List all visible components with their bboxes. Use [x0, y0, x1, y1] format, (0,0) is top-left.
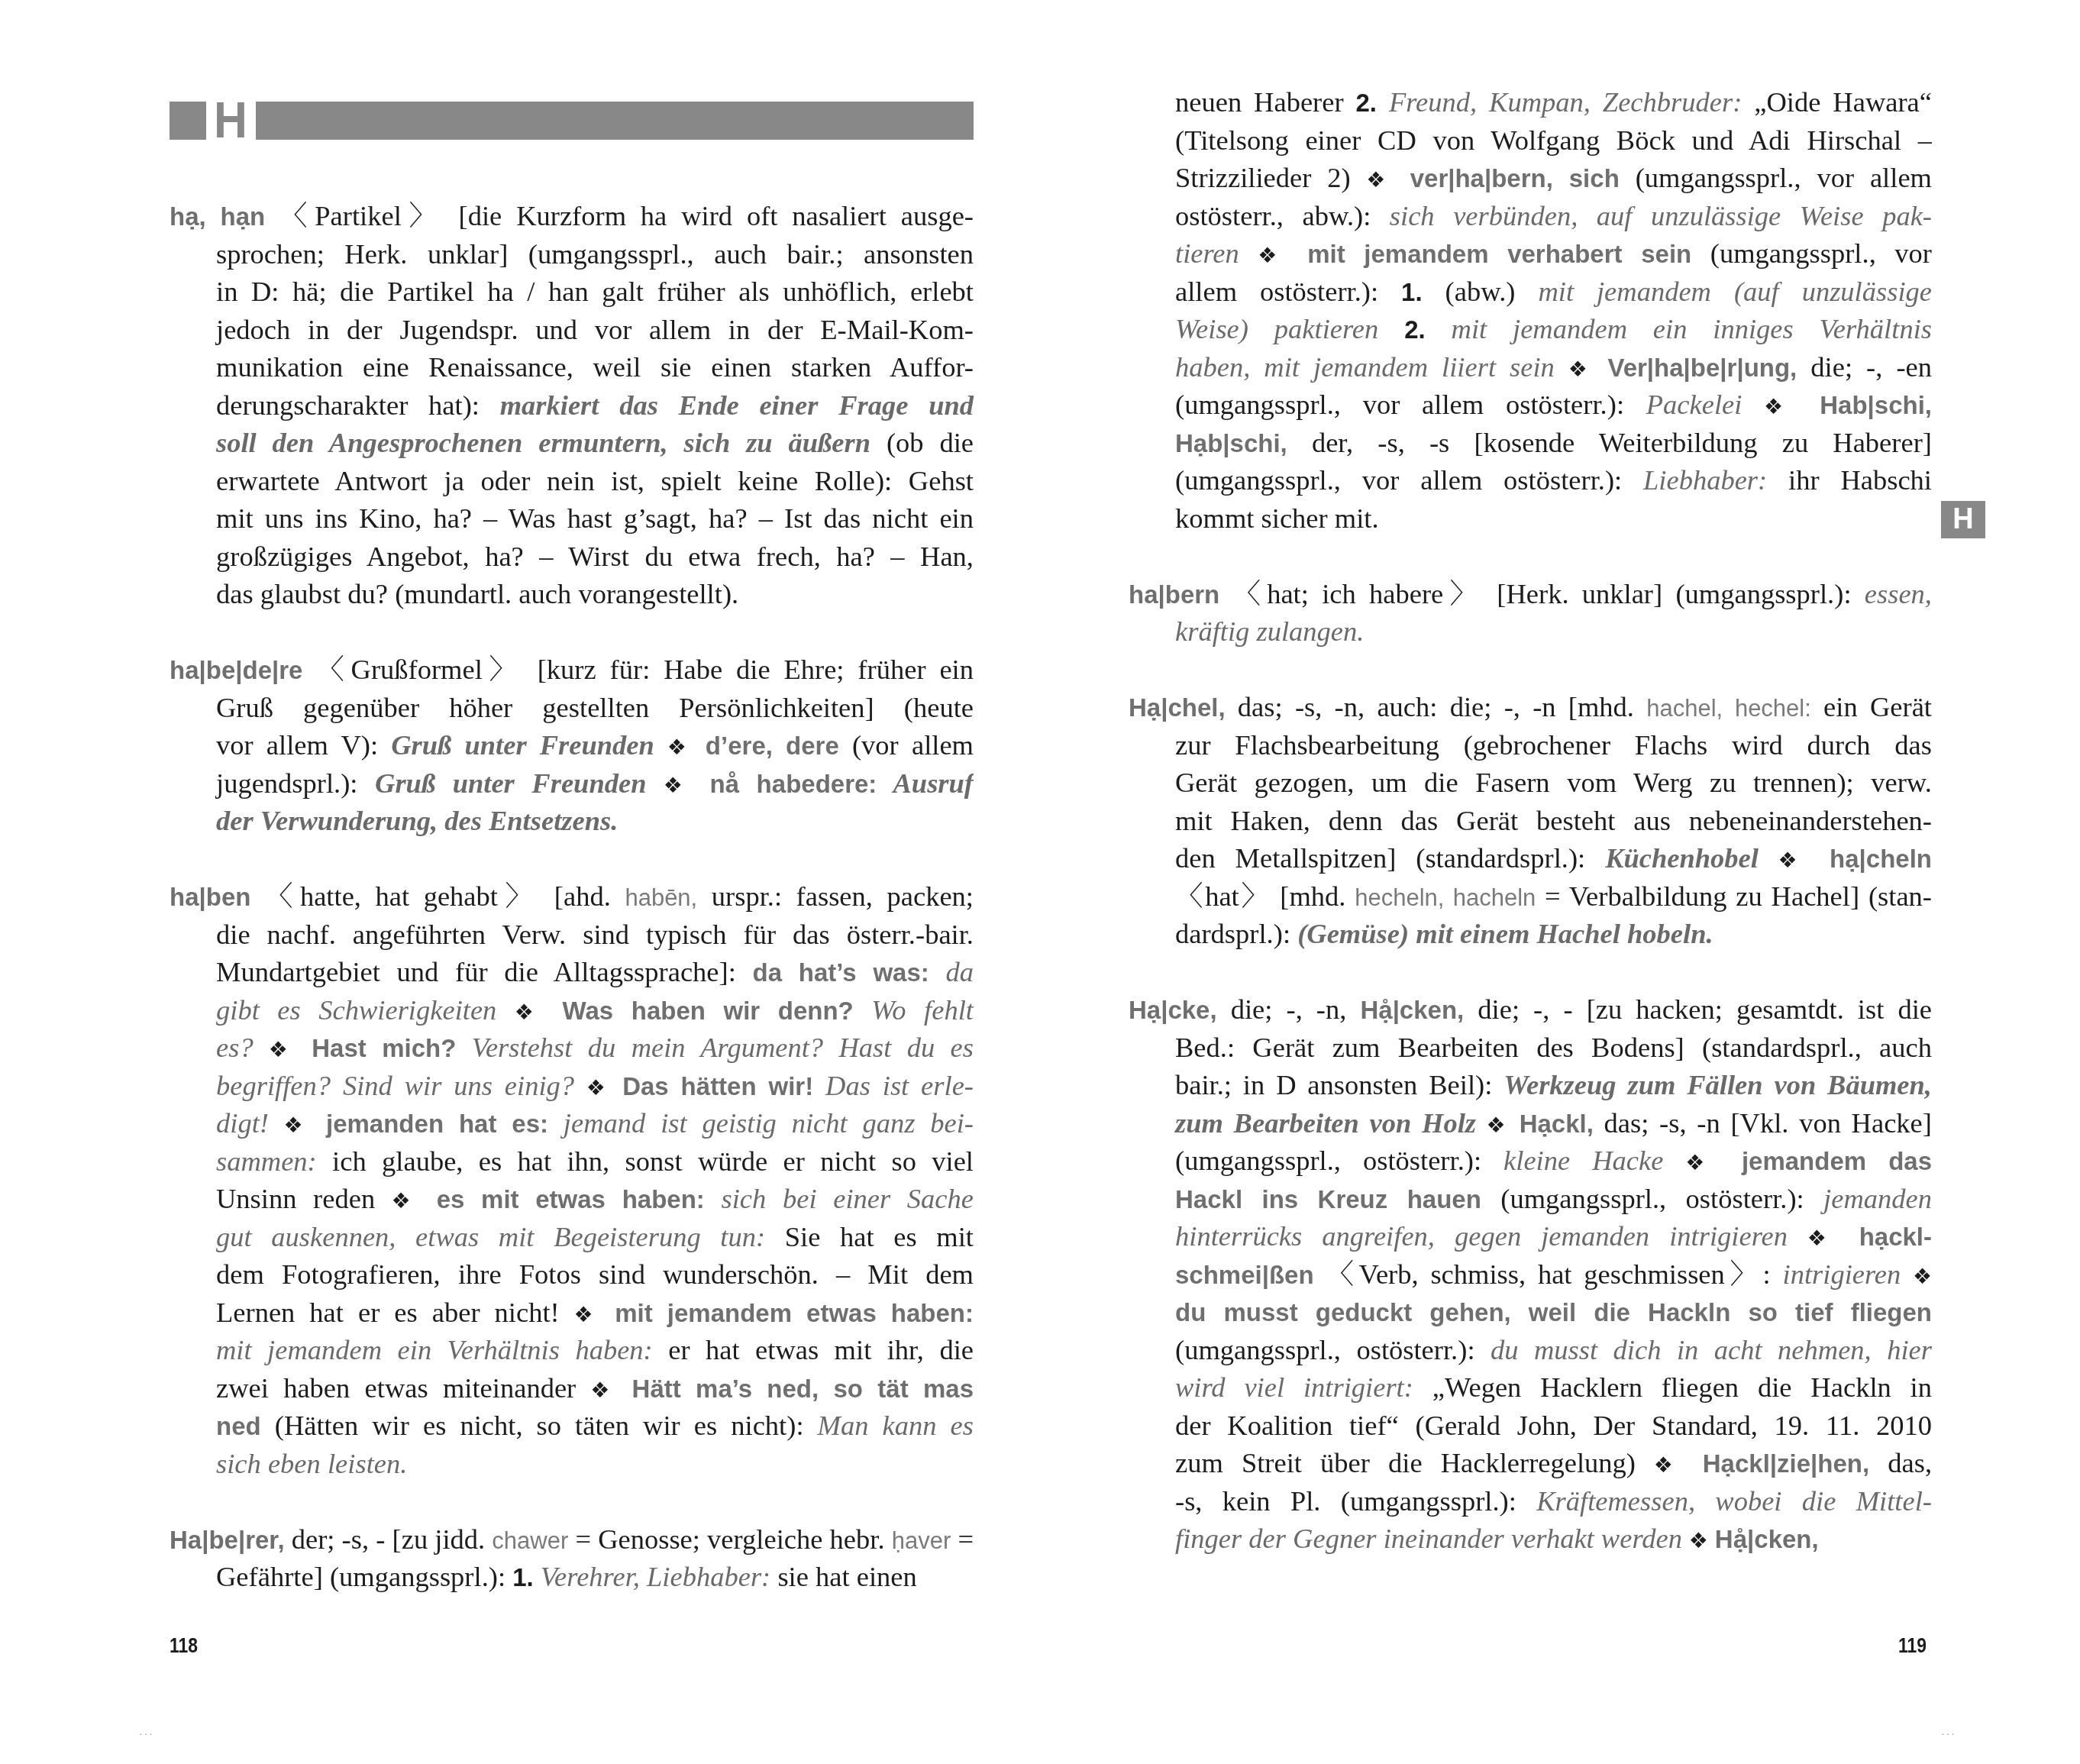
- headword: jemandem das: [1742, 1147, 1932, 1175]
- entry-line: mit uns ins Kino, ha? – Was hast g’sagt,…: [170, 499, 974, 538]
- definition-text: sich eben leisten.: [216, 1448, 407, 1479]
- entry-line: ha|ben 〈hatte, hat gehabt〉 [ahd. habēn, …: [170, 877, 974, 916]
- diamond-separator-icon: ❖: [1901, 1264, 1932, 1289]
- body-text: Gruß gegenüber höher gestellten Persönli…: [216, 692, 974, 723]
- sense-number: 1.: [1401, 278, 1423, 306]
- headword: ned: [216, 1412, 261, 1440]
- diamond-separator-icon: ❖: [1239, 243, 1307, 268]
- body-text: in D: hä; die Partikel ha / han galt frü…: [216, 276, 974, 307]
- definition-text: da: [929, 956, 974, 987]
- body-text: Lernen hat er es aber nicht!: [216, 1297, 560, 1328]
- body-text: (umgangssprl., vor: [1691, 237, 1932, 269]
- headword: Ha|be|rer,: [170, 1526, 285, 1554]
- entry-line: kräftig zulangen.: [1129, 612, 1932, 651]
- body-text: zwei haben etwas miteinander: [216, 1372, 576, 1404]
- entry-line: dardsprl.): (Gemüse) mit einem Hachel ho…: [1129, 915, 1932, 953]
- entry-line: den Metallspitzen] (standardsprl.): Küch…: [1129, 839, 1932, 877]
- headword: Hạb|schi,: [1175, 429, 1287, 457]
- entry-line: sprochen; Herk. unklar] (umgangssprl., a…: [170, 235, 974, 273]
- headword: ha|ben: [170, 883, 250, 911]
- entry-line: bair.; in D ansonsten Beil): Werkzeug zu…: [1129, 1066, 1932, 1104]
- dictionary-entry: ha|be|de|re 〈Grußformel〉 [kurz für: Habe…: [170, 651, 974, 840]
- entry-line: Mundartgebiet und für die Alltagssprache…: [170, 953, 974, 991]
- body-text: (Hätten wir es nicht, so täten wir es ni…: [261, 1410, 818, 1441]
- sense-number: 1.: [512, 1563, 534, 1591]
- body-text: dardsprl.):: [1175, 918, 1297, 949]
- body-text: = Genosse; vergleiche hebr.: [568, 1523, 891, 1555]
- headword: mit jemandem verhabert sein: [1307, 240, 1691, 268]
- dictionary-entry: Hạ|cke, die; -, -n, Hạ̊|cken, die; -, - …: [1129, 990, 1932, 1558]
- entry-line: (Titelsong einer CD von Wolfgang Böck un…: [1129, 121, 1932, 160]
- body-text: urspr.: fassen, packen;: [697, 880, 974, 912]
- entry-line: Hackl ins Kreuz hauen (umgangssprl., ost…: [1129, 1180, 1932, 1218]
- entry-line: wird viel intrigiert: „Wegen Hacklern fl…: [1129, 1368, 1932, 1407]
- entry-line: Ha|be|rer, der; -s, - [zu jidd. chawer =…: [170, 1520, 974, 1559]
- body-text: -s, kein Pl. (umgangssprl.):: [1175, 1485, 1536, 1517]
- entry-line: derungscharakter hat): markiert das Ende…: [170, 386, 974, 425]
- entry-line: munikation eine Renaissance, weil sie ei…: [170, 348, 974, 386]
- definition-text: digt!: [216, 1107, 269, 1139]
- headword: hạ, hạn: [170, 202, 265, 231]
- body-text: der; -s, - [zu jidd.: [285, 1523, 493, 1555]
- entry-line: vor allem V): Gruß unter Freunden ❖ d’er…: [170, 726, 974, 764]
- body-text: ostösterr., abw.):: [1175, 200, 1390, 231]
- entry-line: schmei|ßen 〈Verb, schmiss, hat geschmiss…: [1129, 1255, 1932, 1294]
- definition-text: Küchenhobel: [1605, 842, 1759, 874]
- definition-text: essen,: [1865, 578, 1932, 609]
- entry-line: allem ostösterr.): 1. (abw.) mit jemande…: [1129, 273, 1932, 311]
- definition-text: intrigieren: [1783, 1258, 1901, 1290]
- body-text: ein Gerät: [1811, 691, 1932, 722]
- diamond-separator-icon: ❖: [560, 1302, 615, 1327]
- headword: Hätt ma’s ned, so tät mas: [632, 1375, 974, 1403]
- entry-line: (umgangssprl., ostösterr.): kleine Hacke…: [1129, 1142, 1932, 1180]
- etymon: ḥaver: [892, 1527, 951, 1554]
- body-text: 〈Partikel〉 [die Kurzform ha wird oft nas…: [265, 200, 974, 231]
- etymon: hecheln, hacheln: [1355, 884, 1536, 911]
- definition-text: kräftig zulangen.: [1175, 615, 1364, 647]
- entry-line: digt! ❖ jemanden hat es: jemand ist geis…: [170, 1104, 974, 1142]
- headword: d’ere, dere: [706, 732, 839, 760]
- dictionary-entry: ha|ben 〈hatte, hat gehabt〉 [ahd. habēn, …: [170, 877, 974, 1482]
- diamond-separator-icon: ❖: [646, 773, 709, 798]
- body-text: der Koalition tief“ (Gerald John, Der St…: [1175, 1410, 1932, 1441]
- definition-text: Liebhaber:: [1643, 464, 1767, 496]
- entry-line: ha|be|de|re 〈Grußformel〉 [kurz für: Habe…: [170, 651, 974, 689]
- body-text: das glaubst du? (mundartl. auch voranges…: [216, 578, 738, 609]
- headword: Hạ̊|cken,: [1360, 996, 1464, 1024]
- right-column-entries: neuen Haberer 2. Freund, Kumpan, Zechbru…: [1129, 83, 1932, 1558]
- definition-text: markiert das Ende einer Frage und: [500, 389, 974, 421]
- definition-text: tieren: [1175, 237, 1239, 269]
- definition-text: hinterrücks angreifen, gegen jemanden in…: [1175, 1220, 1788, 1252]
- definition-text: gut auskennen, etwas mit Begeisterung tu…: [216, 1221, 765, 1252]
- dictionary-entry: ha|bern 〈hat; ich habere〉 [Herk. unklar]…: [1129, 575, 1932, 651]
- entry-line: Gruß gegenüber höher gestellten Persönli…: [170, 689, 974, 727]
- body-text: vor allem V):: [216, 729, 391, 761]
- dictionary-entry: Hạ|chel, das; -s, -n, auch: die; -, -n […: [1129, 688, 1932, 953]
- entry-line: jugendsprl.): Gruß unter Freunden ❖ nå h…: [170, 764, 974, 803]
- entry-line: (umgangssprl., vor allem ostösterr.): Pa…: [1129, 386, 1932, 424]
- headword: Hab|schi,: [1820, 391, 1932, 419]
- entry-line: zwei haben etwas miteinander ❖ Hätt ma’s…: [170, 1369, 974, 1407]
- diamond-separator-icon: ❖: [1663, 1150, 1742, 1175]
- entry-line: hinterrücks angreifen, gegen jemanden in…: [1129, 1217, 1932, 1255]
- definition-text: Das ist erle-: [813, 1070, 974, 1101]
- definition-text: kleine Hacke: [1503, 1145, 1663, 1176]
- headword: Ver|ha|be|r|ung,: [1607, 354, 1797, 382]
- diamond-separator-icon: ❖: [375, 1188, 436, 1213]
- body-text: zur Flachsbearbeitung (gebrochener Flach…: [1175, 729, 1932, 761]
- entry-line: die nachf. angeführten Verw. sind typisc…: [170, 916, 974, 954]
- body-text: der, -s, -s [kosende Weiterbildung zu Ha…: [1287, 427, 1932, 458]
- definition-text: soll den Angesprochenen ermuntern, sich …: [216, 427, 870, 458]
- entry-line: hạ, hạn 〈Partikel〉 [die Kurzform ha wird…: [170, 197, 974, 235]
- entry-line: zur Flachsbearbeitung (gebrochener Flach…: [1129, 726, 1932, 764]
- entry-line: das glaubst du? (mundartl. auch voranges…: [170, 575, 974, 613]
- body-text: (umgangssprl., vor allem ostösterr.):: [1175, 389, 1646, 420]
- body-text: (vor allem: [839, 729, 974, 761]
- diamond-separator-icon: ❖: [576, 1378, 631, 1403]
- body-text: 〈hat; ich habere〉 [Herk. unklar] (umgang…: [1219, 578, 1865, 609]
- body-text: ich glaube, es hat ihn, sonst würde er n…: [317, 1145, 974, 1177]
- definition-text: es?: [216, 1032, 254, 1063]
- etymon: habēn,: [625, 884, 697, 911]
- entry-line: Hạ|cke, die; -, -n, Hạ̊|cken, die; -, - …: [1129, 990, 1932, 1029]
- entry-line: Hạb|schi, der, -s, -s [kosende Weiterbil…: [1129, 424, 1932, 462]
- body-text: das,: [1869, 1447, 1932, 1478]
- body-text: mit Haken, denn das Gerät besteht aus ne…: [1175, 805, 1932, 836]
- entry-line: 〈hat〉 [mhd. hecheln, hacheln = Verbalbil…: [1129, 877, 1932, 916]
- body-text: „Wegen Hacklern fliegen die Hackln in: [1413, 1371, 1932, 1403]
- entry-line: zum Bearbeiten von Holz ❖ Hạckl, das; -s…: [1129, 1104, 1932, 1142]
- definition-text: wird viel intrigiert:: [1175, 1371, 1413, 1403]
- body-text: (umgangssprl., vor allem: [1620, 162, 1932, 193]
- body-text: jedoch in der Jugendspr. und vor allem i…: [216, 314, 974, 345]
- definition-text: mit jemandem (auf unzulässige: [1538, 276, 1932, 307]
- body-text: die; -, -en: [1797, 351, 1932, 383]
- headword: Hạckl|zie|hen,: [1703, 1449, 1869, 1478]
- definition-text: Ausruf: [877, 767, 974, 799]
- diamond-separator-icon: ❖: [254, 1037, 312, 1062]
- diamond-separator-icon: ❖: [654, 735, 706, 760]
- body-text: Gerät gezogen, um die Fasern vom Werg zu…: [1175, 767, 1932, 798]
- entry-line: es? ❖ Hast mich? Verstehst du mein Argum…: [170, 1029, 974, 1067]
- headword: Hạ̊|cken,: [1715, 1525, 1819, 1553]
- body-text: das; -s, -n [Vkl. von Hacke]: [1594, 1107, 1932, 1139]
- body-text: (Titelsong einer CD von Wolfgang Böck un…: [1175, 124, 1932, 156]
- definition-text: Werkzeug zum Fällen von Bäumen,: [1503, 1069, 1932, 1100]
- body-text: „Oide Hawara“: [1742, 86, 1932, 118]
- definition-text: haben, mit jemandem liiert sein: [1175, 351, 1555, 383]
- diamond-separator-icon: ❖: [1351, 167, 1410, 192]
- sense-number: 2.: [1404, 315, 1426, 344]
- thumb-index-tab[interactable]: H: [1941, 501, 1985, 538]
- entry-line: Gerät gezogen, um die Fasern vom Werg zu…: [1129, 764, 1932, 802]
- entry-line: der Koalition tief“ (Gerald John, Der St…: [1129, 1407, 1932, 1445]
- body-text: Bed.: Gerät zum Bearbeiten des Bodens] (…: [1175, 1032, 1932, 1063]
- body-text: die; -, - [zu hacken; gesamtdt. ist die: [1464, 993, 1932, 1025]
- headword: Hast mich?: [312, 1034, 456, 1062]
- body-text: Strizzilieder 2): [1175, 162, 1351, 193]
- body-text: zum Streit über die Hacklerregelung): [1175, 1447, 1636, 1478]
- headword: hạ|cheln: [1830, 845, 1932, 873]
- diamond-separator-icon: ❖: [496, 1000, 562, 1025]
- definition-text: Weise) paktieren: [1175, 313, 1404, 344]
- body-text: 〈hat〉 [mhd.: [1175, 880, 1355, 912]
- crop-mark-right: ···: [1941, 1727, 1956, 1740]
- headword: Hạ|cke,: [1129, 996, 1217, 1024]
- entry-line: gibt es Schwierigkeiten ❖ Was haben wir …: [170, 991, 974, 1029]
- entry-line: begriffen? Sind wir uns einig? ❖ Das hät…: [170, 1067, 974, 1105]
- entry-line: finger der Gegner ineinander verhakt wer…: [1129, 1520, 1932, 1558]
- headword: mit jemandem etwas haben:: [615, 1299, 974, 1327]
- body-text: Sie hat es mit: [765, 1221, 974, 1252]
- definition-text: (Gemüse) mit einem Hachel hobeln.: [1297, 918, 1713, 949]
- body-text: den Metallspitzen] (standardsprl.):: [1175, 842, 1605, 874]
- definition-text: mit jemandem ein inniges Verhältnis: [1426, 313, 1932, 344]
- headword: Hạckl,: [1520, 1110, 1594, 1138]
- body-text: = Verbalbildung zu Hachel] (stan-: [1536, 880, 1932, 912]
- body-text: allem ostösterr.):: [1175, 276, 1401, 307]
- headword: schmei|ßen: [1175, 1261, 1314, 1289]
- definition-text: gibt es Schwierigkeiten: [216, 994, 496, 1026]
- headword: Hackl ins Kreuz hauen: [1175, 1185, 1481, 1213]
- body-text: ihr Habschi: [1767, 464, 1932, 496]
- definition-text: sich verbünden, auf unzulässige Weise pa…: [1390, 200, 1932, 231]
- body-text: erwartete Antwort ja oder nein ist, spie…: [216, 465, 974, 496]
- body-text: (umgangssprl., ostösterr.):: [1481, 1183, 1823, 1214]
- definition-text: Gruß unter Freunden: [391, 729, 654, 761]
- headword: ha|bern: [1129, 580, 1219, 609]
- body-text: die; -, -n,: [1217, 993, 1361, 1025]
- headword: ha|be|de|re: [170, 656, 302, 684]
- etymon: chawer: [492, 1527, 568, 1554]
- body-text: (ob die: [870, 427, 974, 458]
- entry-line: neuen Haberer 2. Freund, Kumpan, Zechbru…: [1129, 83, 1932, 121]
- diamond-separator-icon: ❖: [574, 1075, 622, 1100]
- entry-line: in D: hä; die Partikel ha / han galt frü…: [170, 273, 974, 311]
- body-text: Unsinn reden: [216, 1183, 375, 1214]
- entry-spacer: [170, 613, 974, 651]
- body-text: derungscharakter hat):: [216, 389, 500, 421]
- body-text: kommt sicher mit.: [1175, 502, 1379, 534]
- body-text: Gefährte] (umgangssprl.):: [216, 1561, 512, 1592]
- entry-line: Lernen hat er es aber nicht! ❖ mit jeman…: [170, 1294, 974, 1332]
- page-number-right: 119: [1898, 1634, 1927, 1658]
- definition-text: Freund, Kumpan, Zechbruder:: [1377, 86, 1742, 118]
- entry-line: dem Fotografieren, ihre Fotos sind wunde…: [170, 1255, 974, 1294]
- dictionary-entry: hạ, hạn 〈Partikel〉 [die Kurzform ha wird…: [170, 197, 974, 613]
- dictionary-entry: Ha|be|rer, der; -s, - [zu jidd. chawer =…: [170, 1520, 974, 1596]
- entry-line: Hạ|chel, das; -s, -n, auch: die; -, -n […: [1129, 688, 1932, 726]
- diamond-separator-icon: ❖: [1742, 394, 1820, 419]
- diamond-separator-icon: ❖: [1682, 1528, 1715, 1553]
- entry-line: Unsinn reden ❖ es mit etwas haben: sich …: [170, 1180, 974, 1218]
- headword: da hat’s was:: [753, 958, 929, 987]
- definition-text: Packelei: [1646, 389, 1742, 420]
- entry-spacer: [170, 840, 974, 878]
- definition-text: Verstehst du mein Argument? Hast du es: [456, 1032, 974, 1063]
- body-text: (umgangssprl., ostösterr.):: [1175, 1145, 1503, 1176]
- body-text: jugendsprl.):: [216, 767, 375, 799]
- diamond-separator-icon: ❖: [1636, 1452, 1703, 1478]
- body-text: mit uns ins Kino, ha? – Was hast g’sagt,…: [216, 502, 974, 534]
- definition-text: finger der Gegner ineinander verhakt wer…: [1175, 1523, 1682, 1554]
- entry-line: sammen: ich glaube, es hat ihn, sonst wü…: [170, 1142, 974, 1181]
- entry-line: Weise) paktieren 2. mit jemandem ein inn…: [1129, 310, 1932, 348]
- body-text: Mundartgebiet und für die Alltagssprache…: [216, 956, 753, 987]
- headword: Das hätten wir!: [622, 1072, 813, 1100]
- headword: nå habedere:: [710, 770, 877, 798]
- headword: es mit etwas haben:: [437, 1185, 705, 1213]
- etymon: hachel, hechel:: [1646, 695, 1811, 722]
- diamond-separator-icon: ❖: [1555, 357, 1608, 382]
- body-text: 〈hatte, hat gehabt〉 [ahd.: [250, 880, 625, 912]
- headword: Was haben wir denn?: [563, 997, 854, 1025]
- body-text: (umgangssprl., vor allem ostösterr.):: [1175, 464, 1643, 496]
- entry-spacer: [1129, 953, 1932, 991]
- definition-text: Verehrer, Liebhaber:: [534, 1561, 771, 1592]
- diamond-separator-icon: ❖: [1476, 1113, 1520, 1138]
- definition-text: Man kann es: [818, 1410, 974, 1441]
- entry-spacer: [170, 1482, 974, 1520]
- definition-text: begriffen? Sind wir uns einig?: [216, 1070, 574, 1101]
- entry-line: (umgangssprl., ostösterr.): du musst dic…: [1129, 1331, 1932, 1369]
- page-right: neuen Haberer 2. Freund, Kumpan, Zechbru…: [1129, 0, 1932, 1764]
- headword: hạckl-: [1859, 1223, 1932, 1251]
- body-text: (abw.): [1423, 276, 1539, 307]
- crop-mark-left: ···: [139, 1727, 154, 1740]
- definition-text: mit jemandem ein Verhältnis haben:: [216, 1334, 653, 1365]
- entry-line: -s, kein Pl. (umgangssprl.): Kräftemesse…: [1129, 1482, 1932, 1520]
- definition-text: sammen:: [216, 1145, 317, 1177]
- body-text: 〈Verb, schmiss, hat geschmissen〉:: [1314, 1258, 1783, 1290]
- entry-line: tieren ❖ mit jemandem verhabert sein (um…: [1129, 234, 1932, 273]
- page-left: hạ, hạn 〈Partikel〉 [die Kurzform ha wird…: [170, 0, 974, 1764]
- definition-text: sich bei einer Sache: [705, 1183, 974, 1214]
- dictionary-entry: neuen Haberer 2. Freund, Kumpan, Zechbru…: [1129, 83, 1932, 537]
- definition-text: jemand ist geistig nicht ganz bei-: [548, 1107, 974, 1139]
- entry-line: zum Streit über die Hacklerregelung) ❖ H…: [1129, 1444, 1932, 1482]
- body-text: munikation eine Renaissance, weil sie ei…: [216, 351, 974, 383]
- entry-line: soll den Angesprochenen ermuntern, sich …: [170, 424, 974, 462]
- entry-line: du musst geduckt gehen, weil die Hackln …: [1129, 1293, 1932, 1331]
- body-text: neuen Haberer: [1175, 86, 1356, 118]
- headword: du musst geduckt gehen, weil die Hackln …: [1175, 1298, 1932, 1326]
- body-text: das; -s, -n, auch: die; -, -n [mhd.: [1226, 691, 1647, 722]
- headword: Hạ|chel,: [1129, 693, 1226, 722]
- entry-line: Strizzilieder 2) ❖ ver|ha|bern, sich (um…: [1129, 159, 1932, 197]
- entry-line: gut auskennen, etwas mit Begeisterung tu…: [170, 1218, 974, 1256]
- body-text: großzügiges Angebot, ha? – Wirst du etwa…: [216, 541, 974, 572]
- entry-line: ostösterr., abw.): sich verbünden, auf u…: [1129, 197, 1932, 235]
- headword: jemanden hat es:: [326, 1110, 548, 1138]
- entry-line: haben, mit jemandem liiert sein ❖ Ver|ha…: [1129, 348, 1932, 386]
- entry-line: ha|bern 〈hat; ich habere〉 [Herk. unklar]…: [1129, 575, 1932, 613]
- body-text: er hat etwas mit ihr, die: [653, 1334, 974, 1365]
- entry-line: Bed.: Gerät zum Bearbeiten des Bodens] (…: [1129, 1029, 1932, 1067]
- entry-line: mit jemandem ein Verhältnis haben: er ha…: [170, 1331, 974, 1369]
- entry-line: der Verwunderung, des Entsetzens.: [170, 802, 974, 840]
- entry-line: kommt sicher mit.: [1129, 499, 1932, 538]
- headword: ver|ha|bern, sich: [1410, 164, 1620, 192]
- entry-spacer: [1129, 651, 1932, 689]
- diamond-separator-icon: ❖: [1759, 848, 1830, 873]
- definition-text: jemanden: [1823, 1183, 1932, 1214]
- body-text: bair.; in D ansonsten Beil):: [1175, 1069, 1503, 1100]
- entry-line: jedoch in der Jugendspr. und vor allem i…: [170, 311, 974, 349]
- page-number-left: 118: [170, 1634, 198, 1658]
- entry-line: ned (Hätten wir es nicht, so täten wir e…: [170, 1407, 974, 1445]
- body-text: die nachf. angeführten Verw. sind typisc…: [216, 919, 974, 950]
- body-text: sprochen; Herk. unklar] (umgangssprl., a…: [216, 238, 974, 270]
- body-text: (umgangssprl., ostösterr.):: [1175, 1334, 1491, 1365]
- definition-text: zum Bearbeiten von Holz: [1175, 1107, 1476, 1139]
- definition-text: Wo fehlt: [854, 994, 974, 1026]
- entry-line: sich eben leisten.: [170, 1445, 974, 1483]
- definition-text: der Verwunderung, des Entsetzens.: [216, 805, 618, 836]
- sense-number: 2.: [1356, 89, 1378, 117]
- entry-line: mit Haken, denn das Gerät besteht aus ne…: [1129, 802, 1932, 840]
- entry-spacer: [1129, 537, 1932, 575]
- definition-text: du musst dich in acht nehmen, hier: [1491, 1334, 1932, 1365]
- definition-text: Gruß unter Freunden: [375, 767, 646, 799]
- entry-line: (umgangssprl., vor allem ostösterr.): Li…: [1129, 461, 1932, 499]
- diamond-separator-icon: ❖: [269, 1113, 326, 1138]
- entry-line: Gefährte] (umgangssprl.): 1. Verehrer, L…: [170, 1558, 974, 1596]
- body-text: dem Fotografieren, ihre Fotos sind wunde…: [216, 1258, 974, 1290]
- entry-line: erwartete Antwort ja oder nein ist, spie…: [170, 462, 974, 500]
- body-text: =: [951, 1523, 974, 1555]
- diamond-separator-icon: ❖: [1788, 1226, 1859, 1251]
- entry-line: großzügiges Angebot, ha? – Wirst du etwa…: [170, 538, 974, 576]
- body-text: sie hat einen: [770, 1561, 917, 1592]
- definition-text: Kräftemessen, wobei die Mittel-: [1536, 1485, 1932, 1517]
- left-column-entries: hạ, hạn 〈Partikel〉 [die Kurzform ha wird…: [170, 197, 974, 1596]
- body-text: 〈Grußformel〉 [kurz für: Habe die Ehre; f…: [302, 654, 974, 685]
